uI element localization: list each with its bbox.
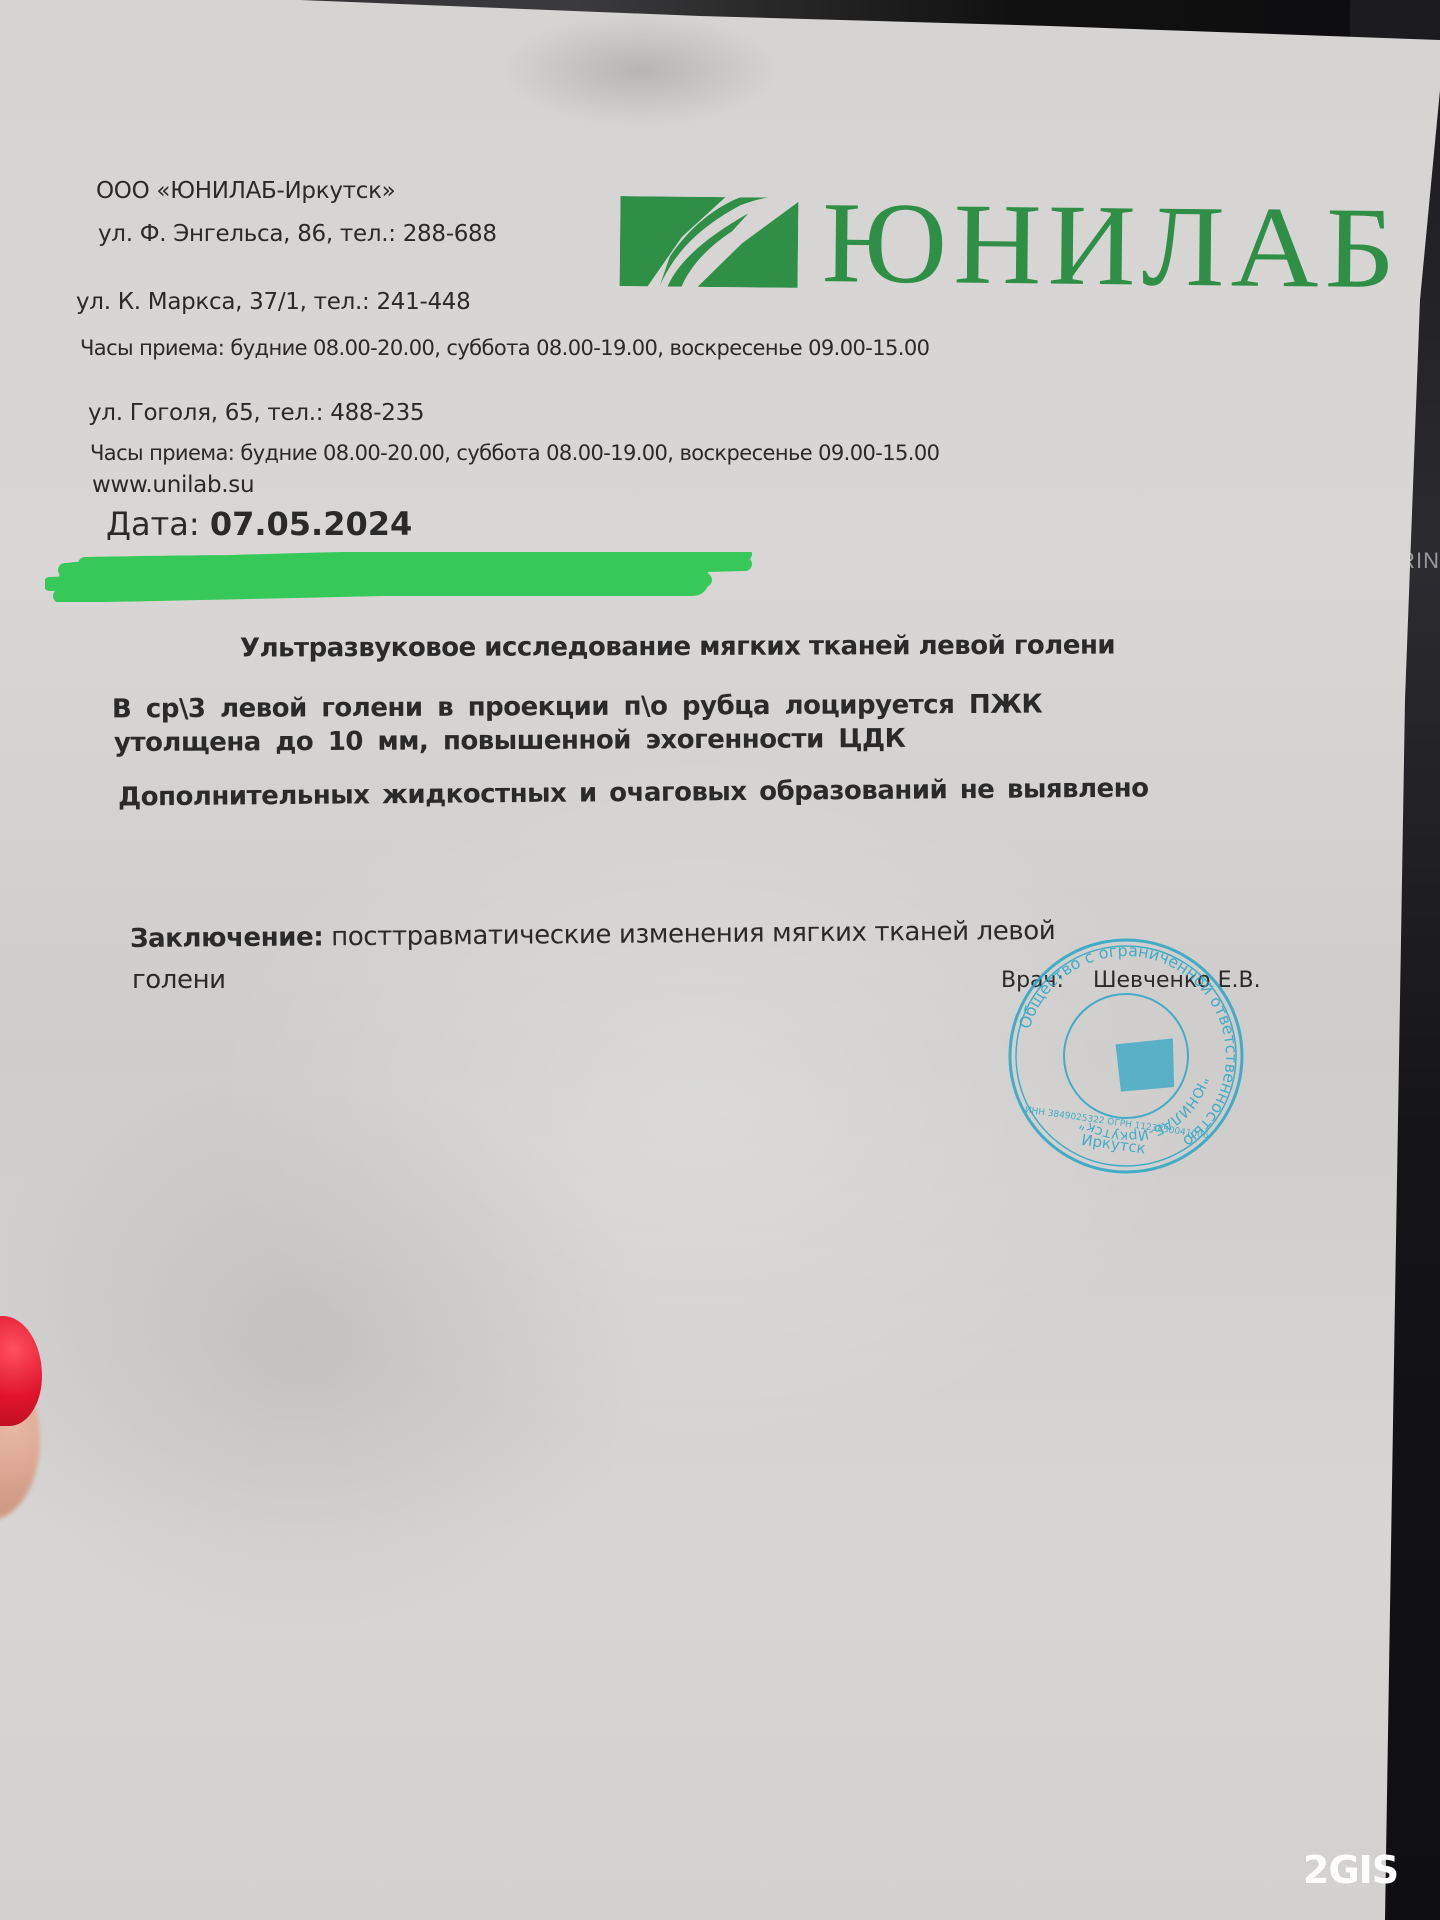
branch-3-address: ул. Гоголя, 65, тел.: 488-235	[88, 400, 424, 426]
patient-name-redaction	[45, 552, 755, 602]
company-name: ООО «ЮНИЛАБ-Иркутск»	[96, 178, 395, 204]
unilab-logo: ЮНИЛАБ	[620, 192, 1375, 298]
website-link: www.unilab.su	[92, 472, 254, 498]
report-date: Дата: 07.05.2024	[106, 505, 412, 543]
document-sheet: ООО «ЮНИЛАБ-Иркутск» ул. Ф. Энгельса, 86…	[0, 0, 1440, 1920]
branch-2-hours: Часы приема: будние 08.00-20.00, суббота…	[80, 336, 929, 360]
conclusion-text: посттравматические изменения мягких ткан…	[331, 916, 1055, 952]
date-value: 07.05.2024	[210, 505, 412, 543]
branch-2-address: ул. К. Маркса, 37/1, тел.: 241-448	[76, 289, 470, 315]
watermark-2gis: 2GIS	[1303, 1848, 1398, 1892]
conclusion: Заключение: посттравматические изменения…	[130, 916, 1056, 954]
logo-name: ЮНИЛАБ	[821, 185, 1402, 307]
leaf-logo-icon	[620, 196, 799, 288]
finding-line-2: утолщена до 10 мм, повышенной эхогенност…	[114, 724, 906, 758]
branch-1-address: ул. Ф. Энгельса, 86, тел.: 288-688	[98, 221, 497, 247]
finding-line-1: В ср\3 левой голени в проекции п\о рубца…	[112, 690, 1042, 725]
finding-line-3: Дополнительных жидкостных и очаговых обр…	[118, 774, 1149, 813]
organization-stamp: Общество с ограниченной ответственностью…	[987, 920, 1266, 1192]
branch-3-hours: Часы приема: будние 08.00-20.00, суббота…	[90, 441, 939, 465]
conclusion-label: Заключение:	[130, 922, 324, 954]
date-label: Дата:	[106, 505, 200, 543]
conclusion-line-2: голени	[132, 965, 226, 995]
report-title: Ультразвуковое исследование мягких ткане…	[240, 630, 1115, 663]
